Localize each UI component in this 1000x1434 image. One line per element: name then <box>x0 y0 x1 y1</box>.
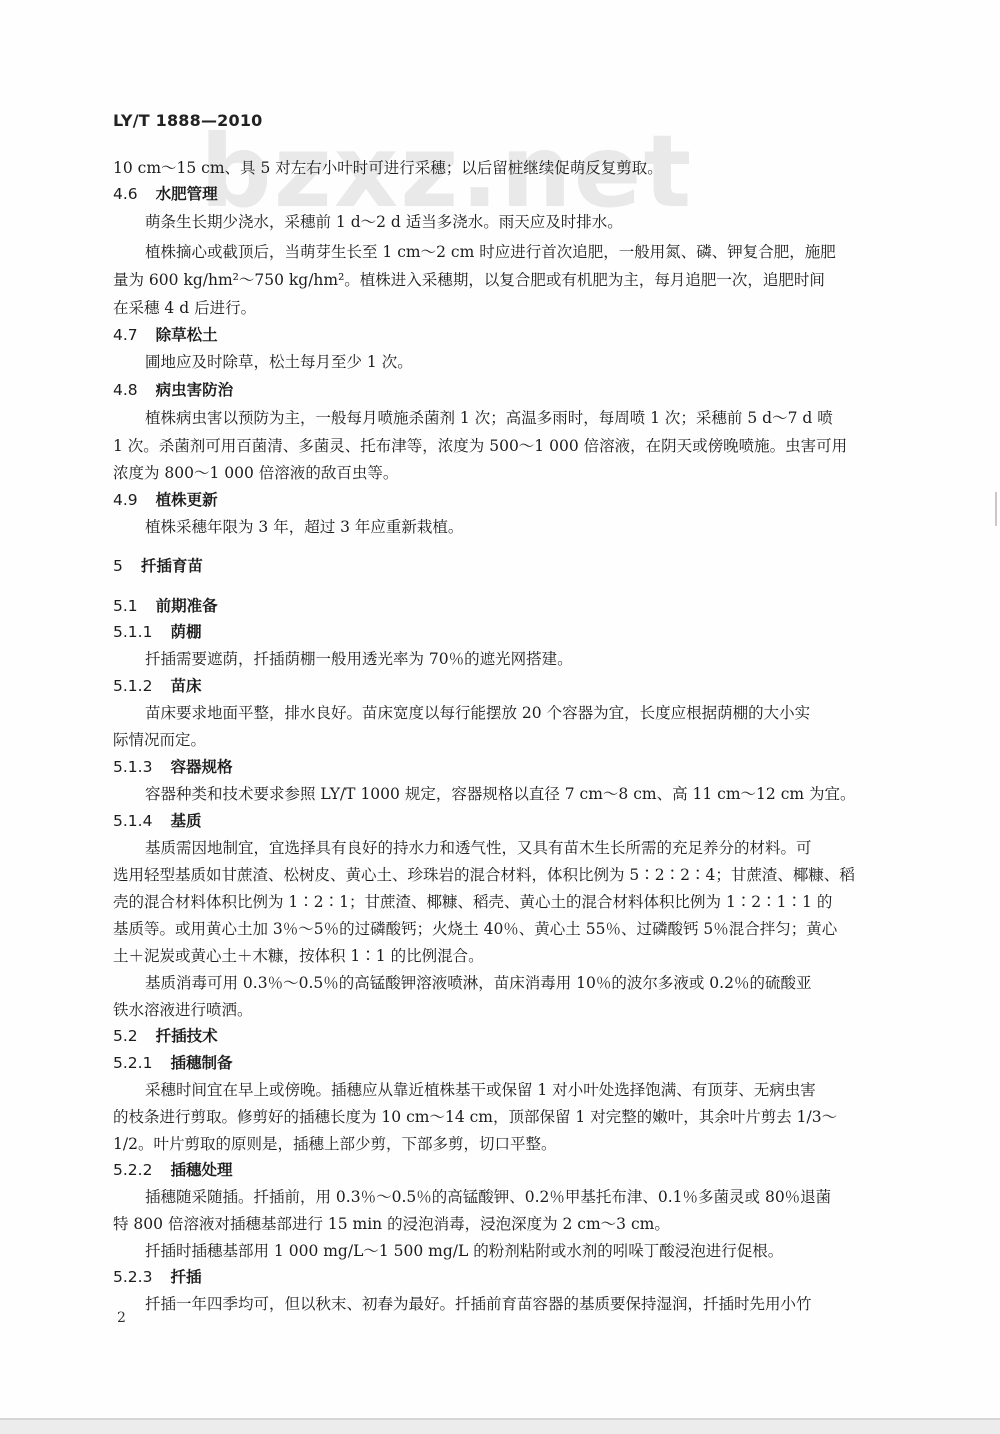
section-number: 4.8 <box>113 380 138 400</box>
paragraph-line: 在采穗 4 d 后进行。 <box>113 298 256 318</box>
section-heading: 5.2.1插穗制备 <box>113 1053 232 1073</box>
paragraph-line: 1 次。杀菌剂可用百菌清、多菌灵、托布津等，浓度为 500～1 000 倍溶液，… <box>113 436 847 456</box>
section-number: 5.1.2 <box>113 676 152 696</box>
section-heading: 5.2.2插穗处理 <box>113 1160 232 1180</box>
paragraph-line: 植株病虫害以预防为主，一般每月喷施杀菌剂 1 次；高温多雨时，每周喷 1 次；采… <box>145 408 833 428</box>
paragraph-line: 铁水溶液进行喷洒。 <box>113 1000 253 1020</box>
section-number: 5.2.1 <box>113 1053 152 1073</box>
section-title: 病虫害防治 <box>156 381 234 399</box>
paragraph-line: 扦插时插穗基部用 1 000 mg/L～1 500 mg/L 的粉剂粘附或水剂的… <box>145 1241 783 1261</box>
paragraph-line: 容器种类和技术要求参照 LY/T 1000 规定，容器规格以直径 7 cm～8 … <box>145 784 856 804</box>
section-title: 扦插 <box>170 1268 201 1286</box>
scrollbar-thumb[interactable] <box>995 492 997 526</box>
section-number: 4.9 <box>113 490 138 510</box>
standard-code-header: LY/T 1888—2010 <box>113 111 262 130</box>
viewer-bottom-bar <box>0 1418 1000 1434</box>
section-number: 4.7 <box>113 325 138 345</box>
paragraph-line: 1/2。叶片剪取的原则是，插穗上部少剪，下部多剪，切口平整。 <box>113 1134 556 1154</box>
document-page: bzxz.net LY/T 1888—2010 10 cm～15 cm、具 5 … <box>0 0 1000 1418</box>
paragraph-line: 基质消毒可用 0.3％～0.5％的高锰酸钾溶液喷淋，苗床消毒用 10％的波尔多液… <box>145 973 811 993</box>
paragraph-line: 圃地应及时除草，松土每月至少 1 次。 <box>145 352 413 372</box>
section-heading: 5.2.3扦插 <box>113 1267 201 1287</box>
paragraph-line: 植株摘心或截顶后，当萌芽生长至 1 cm～2 cm 时应进行首次追肥，一般用氮、… <box>145 242 836 262</box>
section-heading: 4.9植株更新 <box>113 490 218 510</box>
paragraph-line: 植株采穗年限为 3 年，超过 3 年应重新栽植。 <box>145 517 463 537</box>
section-number: 4.6 <box>113 184 138 204</box>
paragraph-line: 土＋泥炭或黄心土＋木糠，按体积 1∶1 的比例混合。 <box>113 946 484 966</box>
paragraph-line: 插穗随采随插。扦插前，用 0.3％～0.5％的高锰酸钾、0.2％甲基托布津、0.… <box>145 1187 831 1207</box>
section-title: 插穗制备 <box>170 1054 232 1072</box>
paragraph-line: 浓度为 800～1 000 倍溶液的敌百虫等。 <box>113 463 398 483</box>
paragraph-line: 苗床要求地面平整，排水良好。苗床宽度以每行能摆放 20 个容器为宜，长度应根据荫… <box>145 703 810 723</box>
paragraph-line: 特 800 倍溶液对插穗基部进行 15 min 的浸泡消毒，浸泡深度为 2 cm… <box>113 1214 670 1234</box>
paragraph-line: 际情况而定。 <box>113 730 206 750</box>
section-heading: 4.8病虫害防治 <box>113 380 233 400</box>
section-number: 5.1.3 <box>113 757 152 777</box>
section-title: 基质 <box>170 812 201 830</box>
paragraph-line: 10 cm～15 cm、具 5 对左右小叶时可进行采穗；以后留桩继续促萌反复剪取… <box>113 158 663 178</box>
section-number: 5 <box>113 556 123 576</box>
section-title: 荫棚 <box>170 623 201 641</box>
section-title: 除草松土 <box>156 326 218 344</box>
section-number: 5.2.3 <box>113 1267 152 1287</box>
section-number: 5.1 <box>113 596 138 616</box>
section-title: 水肥管理 <box>156 185 218 203</box>
paragraph-line: 的枝条进行剪取。修剪好的插穗长度为 10 cm～14 cm，顶部保留 1 对完整… <box>113 1107 837 1127</box>
paragraph-line: 基质等。或用黄心土加 3％～5％的过磷酸钙；火烧土 40％、黄心土 55％、过磷… <box>113 919 837 939</box>
section-heading: 4.7除草松土 <box>113 325 218 345</box>
section-heading: 4.6水肥管理 <box>113 184 218 204</box>
paragraph-line: 萌条生长期少浇水，采穗前 1 d～2 d 适当多浇水。雨天应及时排水。 <box>145 212 623 232</box>
section-title: 扦插育苗 <box>141 557 203 575</box>
paragraph-line: 采穗时间宜在早上或傍晚。插穗应从靠近植株基干或保留 1 对小叶处选择饱满、有顶芽… <box>145 1080 816 1100</box>
section-title: 苗床 <box>170 677 201 695</box>
section-heading: 5.1前期准备 <box>113 596 218 616</box>
paragraph-line: 扦插需要遮荫，扦插荫棚一般用透光率为 70％的遮光网搭建。 <box>145 649 573 669</box>
section-title: 植株更新 <box>156 491 218 509</box>
paragraph-line: 选用轻型基质如甘蔗渣、松树皮、黄心土、珍珠岩的混合材料，体积比例为 5∶2∶2∶… <box>113 865 855 885</box>
paragraph-line: 扦插一年四季均可，但以秋末、初春为最好。扦插前育苗容器的基质要保持湿润，扦插时先… <box>145 1294 812 1314</box>
paragraph-line: 基质需因地制宜，宜选择具有良好的持水力和透气性，又具有苗木生长所需的充足养分的材… <box>145 838 812 858</box>
section-heading: 5.1.3容器规格 <box>113 757 232 777</box>
section-title: 插穗处理 <box>170 1161 232 1179</box>
section-number: 5.1.4 <box>113 811 152 831</box>
section-number: 5.2 <box>113 1026 138 1046</box>
page-number: 2 <box>117 1310 126 1326</box>
section-title: 前期准备 <box>156 597 218 615</box>
paragraph-line: 量为 600 kg/hm²～750 kg/hm²。植株进入采穗期，以复合肥或有机… <box>113 270 825 290</box>
section-heading: 5.1.1荫棚 <box>113 622 201 642</box>
section-number: 5.2.2 <box>113 1160 152 1180</box>
section-heading: 5.1.2苗床 <box>113 676 201 696</box>
paragraph-line: 壳的混合材料体积比例为 1∶2∶1；甘蔗渣、椰糠、稻壳、黄心土的混合材料体积比例… <box>113 892 832 912</box>
section-heading: 5.1.4基质 <box>113 811 201 831</box>
section-heading: 5.2扦插技术 <box>113 1026 218 1046</box>
section-number: 5.1.1 <box>113 622 152 642</box>
section-heading: 5扦插育苗 <box>113 556 203 576</box>
section-title: 容器规格 <box>170 758 232 776</box>
section-title: 扦插技术 <box>156 1027 218 1045</box>
